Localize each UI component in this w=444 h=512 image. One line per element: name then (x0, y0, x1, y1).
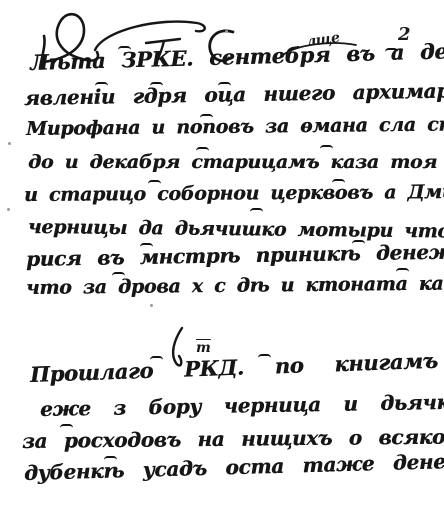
titlo-mark-icon (218, 82, 231, 90)
titlo-mark-icon (148, 180, 161, 188)
manuscript-page: 2 лще Лѣта ЗРКЕ. сентебря въ а де. по ск… (0, 0, 444, 512)
manuscript-line: за росходовъ на нищихъ о всяко ся (22, 424, 444, 453)
titlo-mark-icon (258, 354, 271, 362)
titlo-mark-icon (150, 356, 163, 364)
titlo-mark-icon (104, 456, 117, 464)
section-mark: т (196, 340, 211, 356)
titlo-mark-icon (196, 147, 209, 155)
titlo-mark-icon (112, 272, 125, 280)
manuscript-line: до и декабря старицамъ каза тоя нижнѣ ѳо… (28, 151, 444, 173)
titlo-mark-icon (95, 82, 108, 90)
manuscript-line: и старицо соборнои церквовъ а Дмитрѣя от… (24, 180, 444, 206)
titlo-mark-icon (352, 240, 365, 248)
titlo-mark-icon (150, 82, 163, 90)
scan-speckle (150, 304, 153, 307)
titlo-mark-icon (140, 243, 153, 251)
manuscript-line: Мирофана и поповъ за ѳмана сла стѣ было (26, 113, 444, 140)
scan-speckle (8, 142, 11, 145)
titlo-mark-icon (60, 424, 73, 432)
titlo-mark-icon (332, 179, 345, 187)
titlo-mark-icon (320, 145, 333, 153)
scan-speckle (7, 208, 10, 211)
titlo-mark-icon (200, 114, 213, 122)
scan-speckle (225, 30, 228, 33)
titlo-mark-icon (118, 46, 131, 54)
titlo-mark-icon (385, 48, 398, 56)
titlo-mark-icon (250, 208, 263, 216)
titlo-mark-icon (396, 268, 409, 276)
